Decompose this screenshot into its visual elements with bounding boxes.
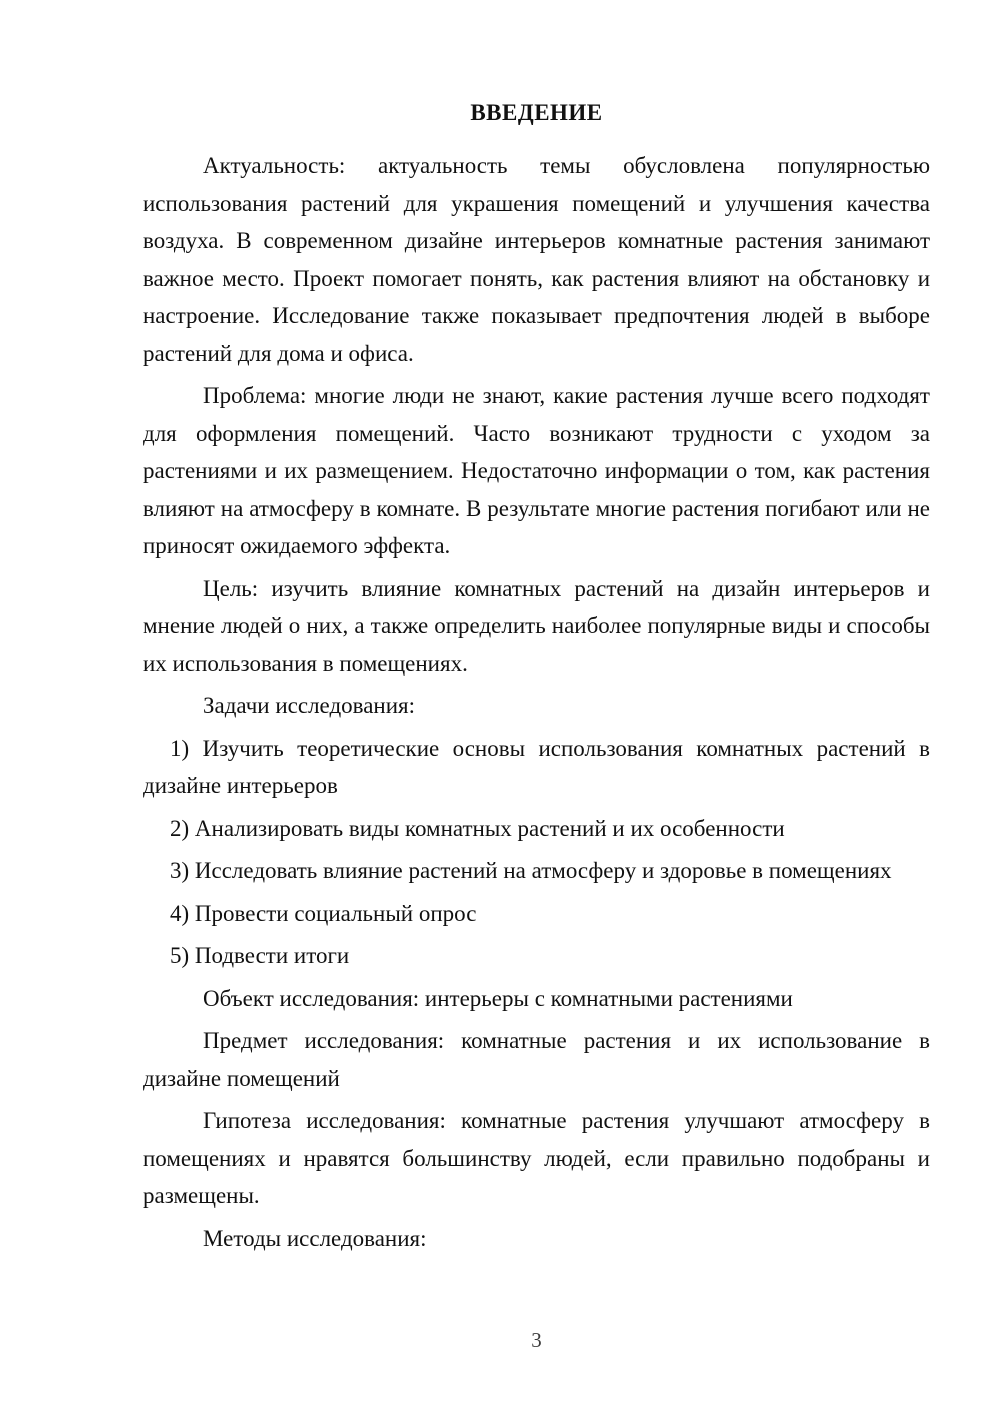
paragraph: Проблема: многие люди не знают, какие ра… bbox=[143, 377, 930, 565]
page-number: 3 bbox=[143, 1328, 930, 1353]
paragraph: 5) Подвести итоги bbox=[143, 937, 930, 975]
document-page: ВВЕДЕНИЕ Актуальность: актуальность темы… bbox=[0, 0, 1000, 1414]
paragraph: 3) Исследовать влияние растений на атмос… bbox=[143, 852, 930, 890]
document-body: ВВЕДЕНИЕ Актуальность: актуальность темы… bbox=[143, 94, 930, 1262]
paragraph: 4) Провести социальный опрос bbox=[143, 895, 930, 933]
page-title: ВВЕДЕНИЕ bbox=[143, 94, 930, 132]
paragraph: Методы исследования: bbox=[143, 1220, 930, 1258]
paragraph: Предмет исследования: комнатные растения… bbox=[143, 1022, 930, 1097]
paragraph-container: Актуальность: актуальность темы обусловл… bbox=[143, 147, 930, 1257]
paragraph: 1) Изучить теоретические основы использо… bbox=[143, 730, 930, 805]
paragraph: Гипотеза исследования: комнатные растени… bbox=[143, 1102, 930, 1215]
paragraph: Актуальность: актуальность темы обусловл… bbox=[143, 147, 930, 372]
paragraph: Объект исследования: интерьеры с комнатн… bbox=[143, 980, 930, 1018]
paragraph: Цель: изучить влияние комнатных растений… bbox=[143, 570, 930, 683]
paragraph: Задачи исследования: bbox=[143, 687, 930, 725]
paragraph: 2) Анализировать виды комнатных растений… bbox=[143, 810, 930, 848]
